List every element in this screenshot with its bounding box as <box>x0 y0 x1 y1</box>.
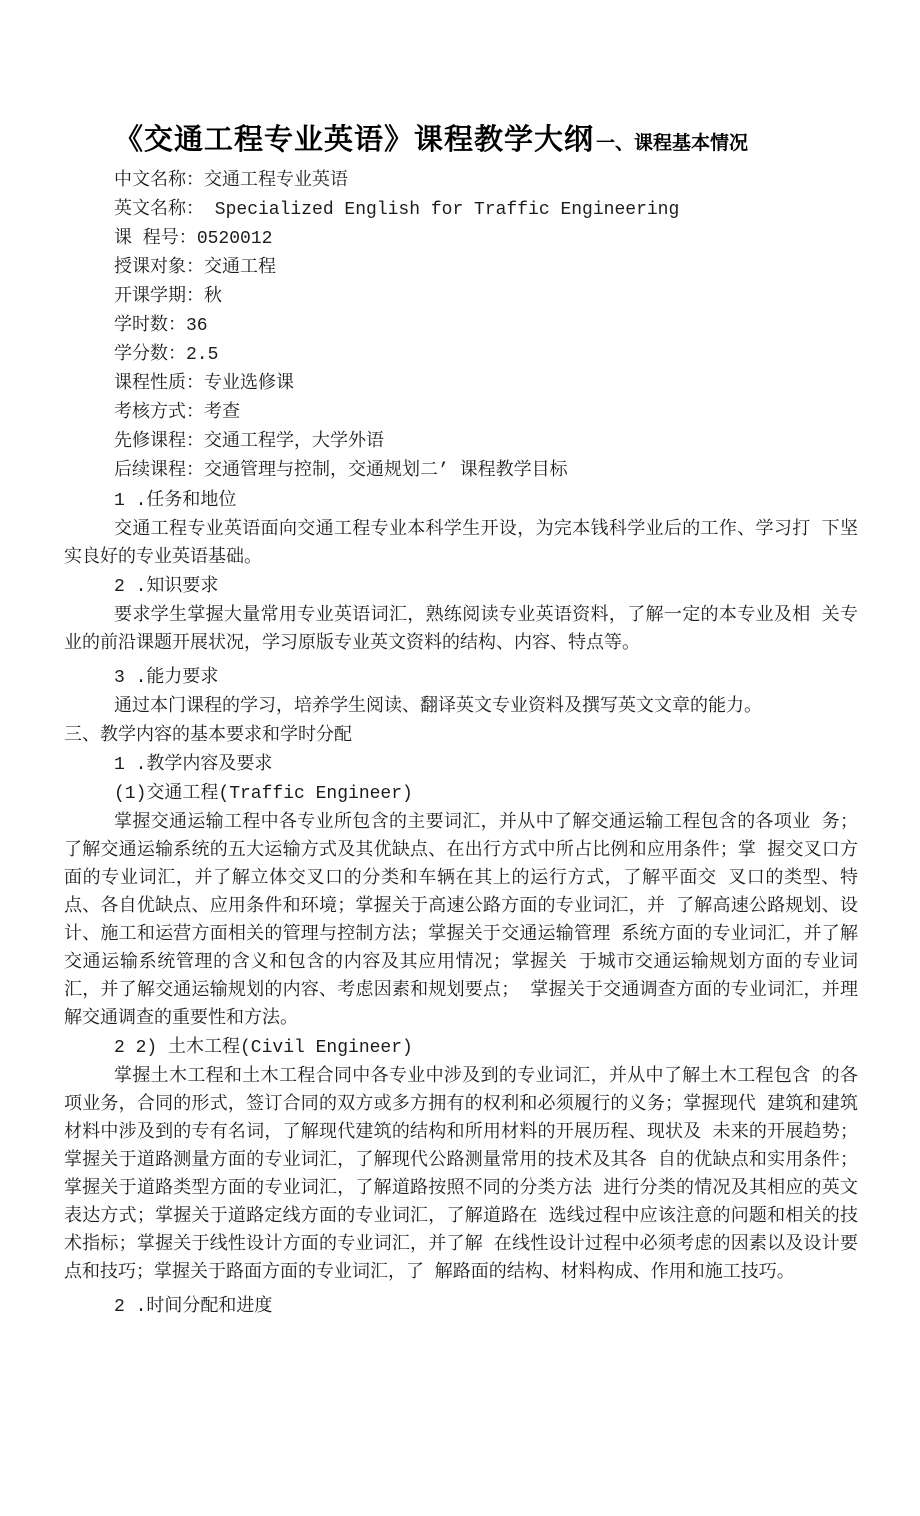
field-course-number: 课 程号：0520012 <box>64 225 858 254</box>
course-info-list: 中文名称：交通工程专业英语 英文名称： Specialized English … <box>64 167 858 486</box>
field-target-students: 授课对象：交通工程 <box>64 254 858 283</box>
field-chinese-name: 中文名称：交通工程专业英语 <box>64 167 858 196</box>
field-class-hours: 学时数：36 <box>64 312 858 341</box>
para-civil-engineering: 掌握土木工程和土木工程合同中各专业中涉及到的专业词汇，并从中了解土木工程包含 的… <box>64 1063 858 1287</box>
field-subsequent-courses-value: 交通管理与控制，交通规划二’ 课程教学目标 <box>204 461 568 481</box>
document-page: 《交通工程专业英语》课程教学大纲一、课程基本情况 中文名称：交通工程专业英语 英… <box>0 0 920 1516</box>
field-class-hours-value: 36 <box>186 316 208 336</box>
field-credits: 学分数：2.5 <box>64 341 858 370</box>
field-subsequent-courses-label: 后续课程： <box>114 461 204 481</box>
field-prerequisite-courses-value: 交通工程学，大学外语 <box>204 432 384 452</box>
section-one-heading: 一、课程基本情况 <box>596 133 748 154</box>
para-traffic-engineering: 掌握交通运输工程中各专业所包含的主要词汇，并从中了解交通运输工程包含的各项业 务… <box>64 809 858 1033</box>
field-semester-label: 开课学期： <box>114 287 204 307</box>
field-assessment-method-value: 考查 <box>204 403 240 423</box>
para-ability-requirements: 通过本门课程的学习，培养学生阅读、翻译英文专业资料及撰写英文文章的能力。 <box>64 693 858 721</box>
field-english-name-label: 英文名称： <box>114 200 204 220</box>
field-course-type: 课程性质：专业选修课 <box>64 370 858 399</box>
field-english-name-value: Specialized English for Traffic Engineer… <box>204 200 679 220</box>
heading-knowledge-requirements: 2 .知识要求 <box>64 573 858 601</box>
field-semester: 开课学期：秋 <box>64 283 858 312</box>
heading-traffic-engineering: (1)交通工程(Traffic Engineer) <box>64 780 858 808</box>
field-semester-value: 秋 <box>204 287 222 307</box>
field-course-type-value: 专业选修课 <box>204 374 294 394</box>
field-english-name: 英文名称： Specialized English for Traffic En… <box>64 196 858 225</box>
para-task-and-position: 交通工程专业英语面向交通工程专业本科学生开设，为完本钱科学业后的工作、学习打 下… <box>64 516 858 572</box>
field-credits-label: 学分数： <box>114 345 186 365</box>
field-credits-value: 2.5 <box>186 345 218 365</box>
field-assessment-method-label: 考核方式： <box>114 403 204 423</box>
course-title-text: 《交通工程专业英语》课程教学大纲 <box>114 124 594 156</box>
field-class-hours-label: 学时数： <box>114 316 186 336</box>
document-body: 1 .任务和地位 交通工程专业英语面向交通工程专业本科学生开设，为完本钱科学业后… <box>64 487 858 1321</box>
field-chinese-name-value: 交通工程专业英语 <box>204 171 348 191</box>
field-target-students-label: 授课对象： <box>114 258 204 278</box>
field-target-students-value: 交通工程 <box>204 258 276 278</box>
para-knowledge-requirements: 要求学生掌握大量常用专业英语词汇，熟练阅读专业英语资料，了解一定的本专业及相 关… <box>64 602 858 658</box>
field-course-number-label: 课 程号： <box>114 229 197 249</box>
heading-teaching-content-requirements: 1 .教学内容及要求 <box>64 751 858 779</box>
page-title: 《交通工程专业英语》课程教学大纲一、课程基本情况 <box>64 121 858 163</box>
heading-ability-requirements: 3 .能力要求 <box>64 664 858 692</box>
heading-teaching-content-and-hours: 三、教学内容的基本要求和学时分配 <box>64 722 858 750</box>
field-course-number-value: 0520012 <box>197 229 273 249</box>
field-prerequisite-courses-label: 先修课程： <box>114 432 204 452</box>
heading-time-allocation-schedule: 2 .时间分配和进度 <box>64 1293 858 1321</box>
heading-civil-engineering: 2 2) 土木工程(Civil Engineer) <box>64 1034 858 1062</box>
field-chinese-name-label: 中文名称： <box>114 171 204 191</box>
field-assessment-method: 考核方式：考查 <box>64 399 858 428</box>
heading-task-and-position: 1 .任务和地位 <box>64 487 858 515</box>
field-subsequent-courses: 后续课程：交通管理与控制，交通规划二’ 课程教学目标 <box>64 457 858 486</box>
field-course-type-label: 课程性质： <box>114 374 204 394</box>
field-prerequisite-courses: 先修课程：交通工程学，大学外语 <box>64 428 858 457</box>
